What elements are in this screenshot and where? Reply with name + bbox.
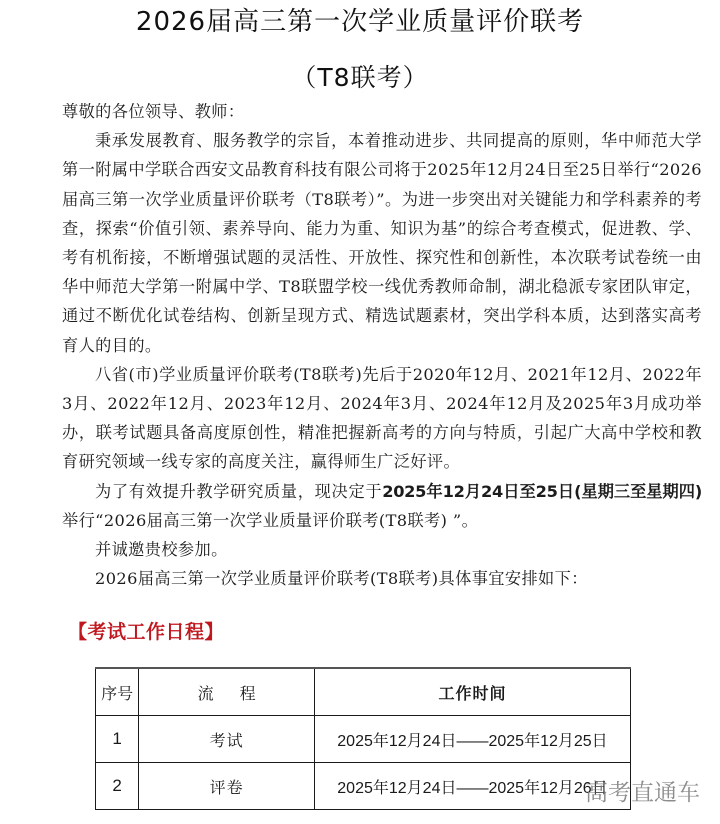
header-time: 工作时间	[314, 668, 630, 716]
decision-prefix: 为了有效提升教学研究质量，现决定于	[95, 482, 382, 501]
row-flow: 考试	[139, 716, 315, 763]
table-row: 1 考试 2025年12月24日——2025年12月25日	[96, 716, 631, 763]
decision-date: 2025年12月24日至25日(星期三至星期四)	[382, 482, 702, 501]
header-no: 序号	[96, 668, 139, 716]
greeting: 尊敬的各位领导、教师：	[62, 97, 702, 126]
row-no: 1	[96, 716, 139, 763]
table-header-row: 序号 流程 工作时间	[96, 668, 631, 716]
row-flow: 评卷	[139, 763, 315, 810]
paragraph-purpose: 秉承发展教育、服务教学的宗旨，本着推动进步、共同提高的原则，华中师范大学第一附属…	[62, 126, 702, 360]
schedule-table: 序号 流程 工作时间 1 考试 2025年12月24日——2025年12月25日…	[95, 667, 631, 810]
table-row: 2 评卷 2025年12月24日——2025年12月26日	[96, 763, 631, 810]
letter-body: 尊敬的各位领导、教师： 秉承发展教育、服务教学的宗旨，本着推动进步、共同提高的原…	[62, 97, 702, 593]
section-heading-schedule: 【考试工作日程】	[68, 617, 224, 644]
decision-suffix: 举行“2026届高三第一次学业质量评价联考(T8联考) ”。	[62, 511, 478, 530]
row-time: 2025年12月24日——2025年12月25日	[314, 716, 630, 763]
document-title: 2026届高三第一次学业质量评价联考	[0, 4, 720, 40]
arrangement-intro: 2026届高三第一次学业质量评价联考(T8联考)具体事宜安排如下：	[62, 564, 702, 593]
row-time: 2025年12月24日——2025年12月26日	[314, 763, 630, 810]
document-subtitle: （T8联考）	[0, 60, 720, 96]
paragraph-history: 八省(市)学业质量评价联考(T8联考)先后于2020年12月、2021年12月、…	[62, 360, 702, 477]
header-flow: 流程	[139, 668, 315, 716]
watermark: 高考直通车	[585, 774, 700, 807]
paragraph-decision: 为了有效提升教学研究质量，现决定于2025年12月24日至25日(星期三至星期四…	[62, 477, 702, 535]
row-no: 2	[96, 763, 139, 810]
invitation: 并诚邀贵校参加。	[62, 535, 702, 564]
